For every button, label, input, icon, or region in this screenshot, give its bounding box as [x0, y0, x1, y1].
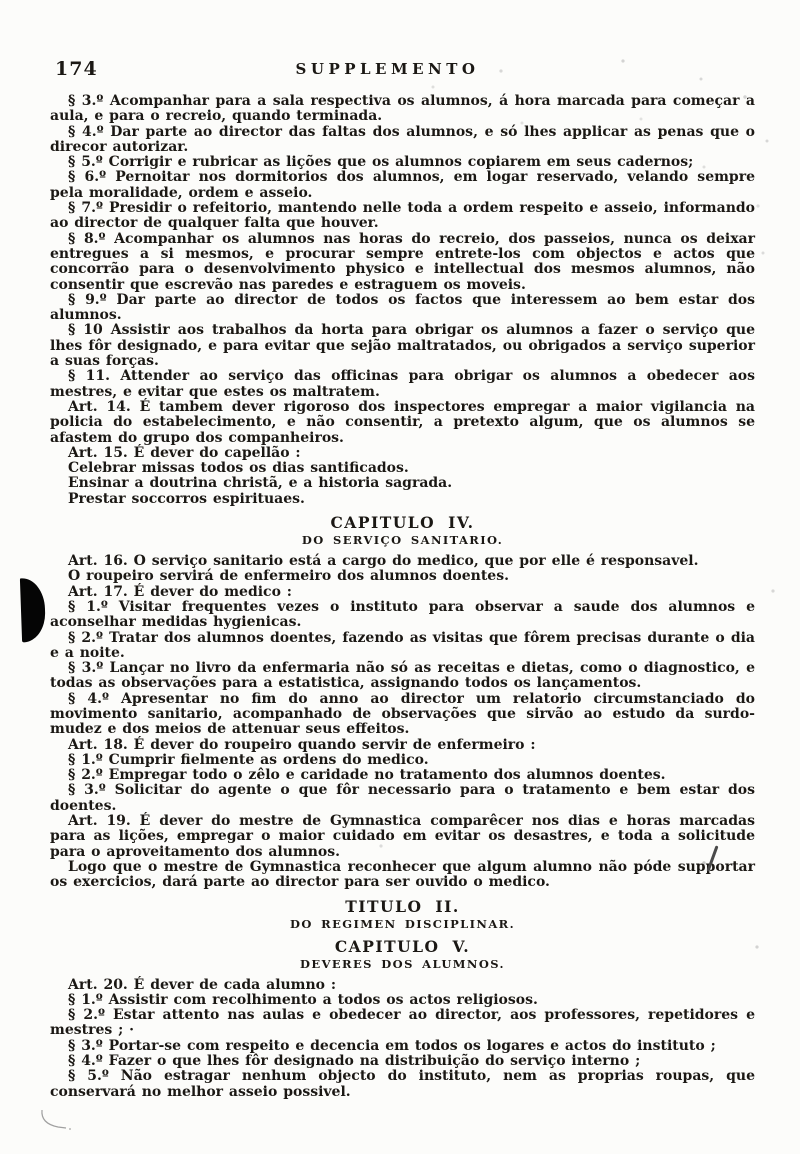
section-heading: DO REGIMEN DISCIPLINAR. [50, 918, 755, 931]
paragraph: Prestar soccorros espirituaes. [50, 492, 755, 507]
paragraph: Art. 18. É dever do roupeiro quando serv… [50, 738, 755, 753]
paragraph: § 1.º Assistir com recolhimento a todos … [50, 993, 755, 1008]
paragraph: § 1.º Cumprir fielmente as ordens do med… [50, 753, 755, 768]
paragraph: § 5.º Corrigir e rubricar as lições que … [50, 155, 755, 170]
paragraph: § 11. Attender ao serviço das officinas … [50, 369, 755, 400]
paragraph: § 3.º Solicitar do agente o que fôr nece… [50, 783, 755, 814]
paragraph: § 5.º Não estragar nenhum objecto do ins… [50, 1069, 755, 1100]
paragraph: § 2.º Tratar dos alumnos doentes, fazend… [50, 631, 755, 662]
scan-noise-speckles [0, 0, 2, 2]
paragraph: Logo que o mestre de Gymnastica reconhec… [50, 860, 755, 891]
chapter-heading: CAPITULO V. [50, 938, 755, 955]
chapter-heading: CAPITULO IV. [50, 514, 755, 531]
paragraph: Art. 16. O serviço sanitario está a carg… [50, 554, 755, 569]
paragraph: § 1.º Visitar frequentes vezes o institu… [50, 600, 755, 631]
paragraph: § 2.º Estar attento nas aulas e obedecer… [50, 1008, 755, 1039]
page-title: SUPPLEMENTO [50, 60, 725, 78]
paragraph: § 9.º Dar parte ao director de todos os … [50, 293, 755, 324]
paragraph: Art. 20. É dever de cada alumno : [50, 978, 755, 993]
paragraph: § 7.º Presidir o refeitorio, mantendo ne… [50, 201, 755, 232]
paragraph: § 3.º Lançar no livro da enfermaria não … [50, 661, 755, 692]
paragraph: § 2.º Empregar todo o zêlo e caridade no… [50, 768, 755, 783]
paragraph: Art. 14. É tambem dever rigoroso dos ins… [50, 400, 755, 446]
page-header: 174 SUPPLEMENTO [50, 56, 755, 90]
section-heading: DO SERVIÇO SANITARIO. [50, 534, 755, 547]
paragraph: § 3.º Acompanhar para a sala respectiva … [50, 94, 755, 125]
scanned-document-page: 174 SUPPLEMENTO § 3.º Acompanhar para a … [0, 0, 800, 1154]
paragraph: Art. 15. É dever do capellão : [50, 446, 755, 461]
paragraph: Art. 19. É dever do mestre de Gymnastica… [50, 814, 755, 860]
paragraph: Art. 17. É dever do medico : [50, 585, 755, 600]
document-body: § 3.º Acompanhar para a sala respectiva … [50, 94, 755, 1100]
paragraph: § 4.º Apresentar no fim do anno ao direc… [50, 692, 755, 738]
paragraph: § 10 Assistir aos trabalhos da horta par… [50, 323, 755, 369]
paragraph: § 4.º Dar parte ao director das faltas d… [50, 125, 755, 156]
paragraph: § 3.º Portar-se com respeito e decencia … [50, 1039, 755, 1054]
paragraph: Ensinar a doutrina christã, e a historia… [50, 476, 755, 491]
ink-blot-artifact [20, 578, 46, 643]
paragraph: O roupeiro servirá de enfermeiro dos alu… [50, 569, 755, 584]
chapter-heading: TITULO II. [50, 898, 755, 915]
section-heading: DEVERES DOS ALUMNOS. [50, 958, 755, 971]
paragraph: § 8.º Acompanhar os alumnos nas horas do… [50, 232, 755, 293]
paragraph: § 6.º Pernoitar nos dormitorios dos alum… [50, 170, 755, 201]
